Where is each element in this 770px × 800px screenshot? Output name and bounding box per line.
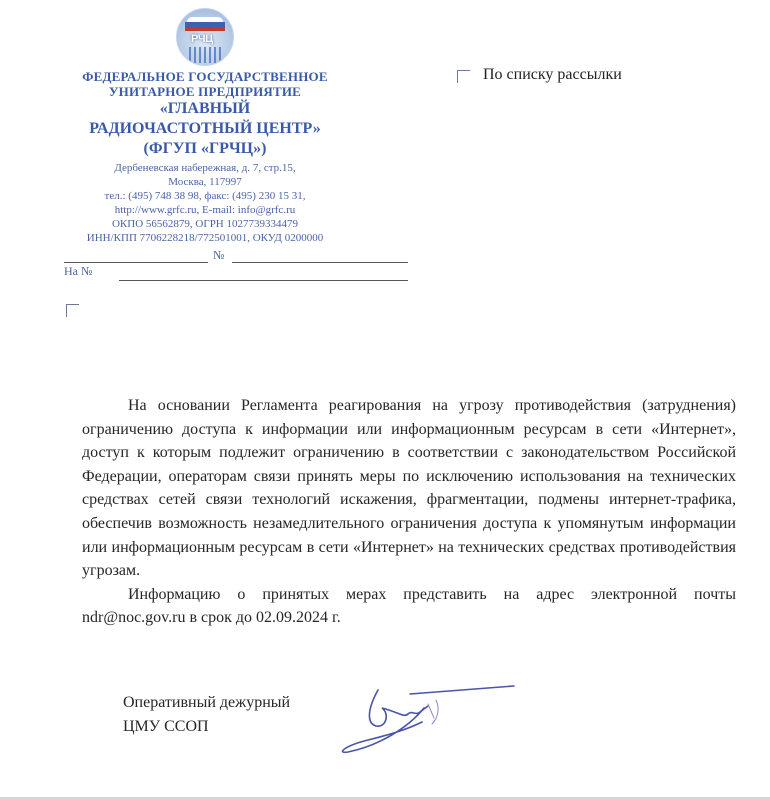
flag-red-stripe — [185, 27, 225, 31]
signatory-position-line-1: Оперативный дежурный — [123, 691, 290, 715]
org-line-2: УНИТАРНОЕ ПРЕДПРИЯТИЕ — [60, 84, 350, 99]
okpo-ogrn-line: ОКПО 56562879, ОГРН 1027739334479 — [60, 217, 350, 231]
org-line-3: «ГЛАВНЫЙ — [60, 99, 350, 119]
address-line-2: Москва, 117997 — [60, 175, 350, 189]
distribution-list-label: По списку рассылки — [483, 66, 622, 84]
signatory-position-line-2: ЦМУ ССОП — [123, 715, 290, 739]
reply-number-line — [119, 280, 408, 281]
inn-kpp-line: ИНН/КПП 7706228218/772501001, ОКУД 02000… — [60, 231, 350, 245]
reply-to-label: На № — [64, 264, 92, 279]
body-paragraph-2: Информацию о принятых мерах представить … — [82, 583, 736, 630]
number-label: № — [213, 248, 224, 263]
phone-line: тел.: (495) 748 38 98, факс: (495) 230 1… — [60, 189, 350, 203]
address-corner-mark — [66, 304, 79, 317]
org-line-1: ФЕДЕРАЛЬНОЕ ГОСУДАРСТВЕННОЕ — [60, 69, 350, 84]
handwritten-signature-icon — [338, 678, 518, 758]
org-line-5: (ФГУП «ГРЧЦ») — [60, 139, 350, 159]
address-line-1: Дербеневская набережная, д. 7, стр.15, — [60, 161, 350, 175]
signatory-position: Оперативный дежурный ЦМУ ССОП — [123, 691, 290, 739]
logo-abbreviation: РЧЦ — [191, 33, 213, 45]
recipient-corner-mark — [457, 70, 470, 83]
letter-body: На основании Регламента реагирования на … — [82, 394, 736, 630]
rchc-globe-logo-icon: РЧЦ — [176, 8, 234, 66]
letterhead: ФЕДЕРАЛЬНОЕ ГОСУДАРСТВЕННОЕ УНИТАРНОЕ ПР… — [60, 69, 350, 245]
towers-graphic — [189, 47, 221, 63]
org-line-4: РАДИОЧАСТОТНЫЙ ЦЕНТР» — [60, 119, 350, 139]
web-email-line: http://www.grfc.ru, E-mail: info@grfc.ru — [60, 203, 350, 217]
body-paragraph-1: На основании Регламента реагирования на … — [82, 394, 736, 583]
outgoing-date-line — [64, 262, 208, 263]
outgoing-number-line — [232, 262, 408, 263]
